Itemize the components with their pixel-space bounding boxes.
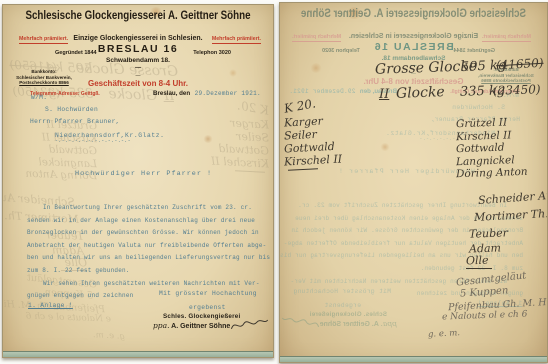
handwritten-name: Kirschel II bbox=[211, 154, 270, 170]
underline-stroke bbox=[235, 170, 265, 173]
paper-stain bbox=[380, 143, 390, 151]
typed-date: 29.Dezember 1921. bbox=[195, 90, 261, 97]
company-name: Schlesische Glockengiesserei A. Geittner… bbox=[23, 10, 253, 22]
phone-note: Telephon 3020 bbox=[322, 48, 360, 54]
body-line: Anbetracht der heutigen Valuta nur freib… bbox=[27, 240, 267, 253]
handwritten-name: Schneider Aug. bbox=[478, 188, 548, 207]
closing-word: ergebenst bbox=[324, 302, 361, 309]
handwritten-name: Mortimer Th. bbox=[474, 207, 548, 224]
name-list-right: Grützel II Kirschel II Gottwald Langnick… bbox=[456, 117, 528, 180]
phone-note: Telephon 3020 bbox=[193, 50, 231, 56]
ppa-abbreviation: ppa. bbox=[381, 319, 397, 328]
handwritten-name: Karger bbox=[211, 115, 270, 131]
reference-initials: W/M. bbox=[31, 94, 47, 101]
company-name: Schlesische Glockengiesserei A. Geittner… bbox=[300, 8, 527, 20]
address-underline: -.-.-.-.-.-.-.-.-.-.-.- bbox=[55, 138, 131, 144]
margin-note: K 20. bbox=[236, 98, 270, 117]
typed-date: 29.Dezember 1921. bbox=[289, 88, 355, 95]
pencil-note: 5 Kuppen bbox=[460, 285, 509, 299]
date-line: Breslau, den 29.Dezember 1921. bbox=[153, 82, 261, 100]
enclosure-note: 1. Anlage ! bbox=[28, 302, 73, 309]
bell2-label: Glocke bbox=[396, 84, 445, 102]
paper-stain bbox=[310, 63, 322, 73]
bell1-amount: (41650) bbox=[496, 56, 544, 72]
recipient-honorific: S. Hochwürden bbox=[452, 104, 505, 111]
letter-front-page: K 20. Grosse Glocke 595 kg (41650) II Gl… bbox=[2, 4, 274, 358]
street-line: Schwalbendamm 18. bbox=[3, 57, 273, 64]
body-line: Wir sehen Ihren geschätzten weiteren Nac… bbox=[27, 278, 267, 291]
body-line: ben und halten wir uns an beiliegenden L… bbox=[27, 252, 267, 265]
letter-verso-page: Schlesische Glockengiesserei A. Geittner… bbox=[279, 2, 548, 363]
city-line: BRESLAU 16 bbox=[3, 43, 273, 55]
body-line: Bronzeglocken in der gewünschten Grösse.… bbox=[27, 227, 267, 240]
signature-scribble bbox=[228, 314, 269, 334]
handwritten-name: Döring Anton bbox=[456, 166, 528, 181]
ppa-abbreviation: ppa. bbox=[153, 321, 169, 330]
stamp-company-name: A. Geittner Söhne bbox=[171, 323, 230, 330]
pencil-note: e Nalouts ol e ch 6 bbox=[442, 310, 528, 323]
company-stamp-line1: Schles. Glockengießerei bbox=[310, 311, 387, 318]
bell2-numeral: II bbox=[379, 87, 389, 102]
scan-edge-strip bbox=[279, 356, 548, 363]
handwritten-name: Langnickel bbox=[25, 155, 97, 170]
closing-phrase: Mit grösster Hochachtung bbox=[293, 288, 391, 295]
pencil-note: g. e. m. bbox=[428, 328, 461, 340]
company-subtitle: Einzige Glockengiesserei in Schlesien. bbox=[280, 33, 547, 40]
telegram-address: Telegramm-Adresse: Geittgß. bbox=[5, 91, 125, 97]
recipient-name: Herrn Pfarrer Brauner, bbox=[30, 118, 120, 125]
stamp-company-name: A. Geittner Söhne bbox=[320, 321, 379, 328]
postal-account: Postscheckkonto 8866 bbox=[9, 80, 79, 86]
paper-stain bbox=[346, 7, 362, 19]
handwritten-name: Kirschel II bbox=[284, 152, 343, 168]
scan-edge-strip bbox=[2, 351, 274, 358]
closing-phrase: Mit grösster Hochachtung bbox=[159, 290, 257, 297]
company-stamp-line2: ppa. A. Geittner Söhne bbox=[153, 321, 230, 330]
body-line: senden wir in der Anlage einen Kostenans… bbox=[27, 215, 267, 228]
bell2-amount: (23450) bbox=[493, 82, 541, 98]
pencil-note: g. e. m. bbox=[93, 330, 126, 342]
founded-note: Gegründet 1844 bbox=[453, 48, 495, 54]
underline-stroke bbox=[288, 168, 318, 171]
salutation: Hochwürdiger Herr Pfarrer ! bbox=[338, 168, 475, 176]
margin-note: K 20. bbox=[283, 96, 317, 115]
handwritten-name: Seiler bbox=[211, 128, 270, 144]
handwritten-name: Gottwald bbox=[25, 143, 97, 158]
name-list-left: Karger Seiler Gottwald Kirschel II bbox=[284, 115, 342, 167]
letter-body: In Beantwortung Ihrer geschätzten Zuschr… bbox=[27, 202, 267, 303]
pencil-note: e Nalouts ol e ch 6 bbox=[25, 312, 111, 325]
signature-scribble bbox=[280, 312, 321, 332]
handwritten-name: Gottwald bbox=[211, 141, 270, 157]
underline-stroke bbox=[466, 268, 492, 269]
body-line: zum 8. I. 22 fest gebunden. bbox=[27, 265, 267, 278]
award-note-right: Mehrfach prämiiert. bbox=[292, 34, 341, 42]
body-line: In Beantwortung Ihrer geschätzten Zuschr… bbox=[27, 202, 267, 215]
date-label: Breslau, den bbox=[153, 90, 190, 97]
award-note-left: Mehrfach prämiiert. bbox=[482, 34, 531, 42]
paper-stain bbox=[203, 135, 213, 143]
handwritten-name: Teuber bbox=[469, 226, 508, 240]
closing-word: ergebenst bbox=[189, 304, 226, 311]
company-stamp-line2: ppa. A. Geittner Söhne bbox=[320, 319, 397, 328]
city-line: BRESLAU 16 bbox=[280, 41, 547, 53]
salutation: Hochwürdiger Herr Pfarrer ! bbox=[75, 170, 212, 178]
handwritten-name: Olle bbox=[466, 254, 489, 268]
recipient-honorific: S. Hochwürden bbox=[45, 106, 98, 113]
name-list-left: Karger Seiler Gottwald Kirschel II bbox=[211, 117, 269, 169]
